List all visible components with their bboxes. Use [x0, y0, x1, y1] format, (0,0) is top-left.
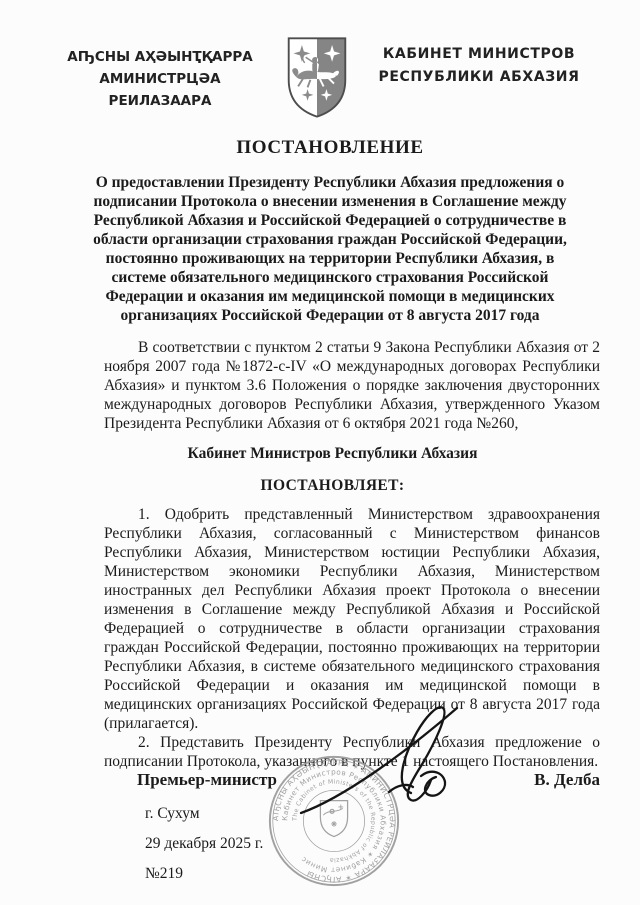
document-title: ПОСТАНОВЛЕНИЕ: [50, 137, 610, 159]
signatory-position: Премьер-министр: [137, 770, 277, 790]
document-subject: О предоставлении Президенту Республики А…: [88, 173, 572, 325]
org-name-russian: КАБИНЕТ МИНИСТРОВ РЕСПУБЛИКИ АБХАЗИЯ: [374, 38, 584, 89]
decree-document-page: АҦСНЫ АҲӘЫНҬҚАРРА АМИНИСТРЦӘА РЕИЛАЗААРА: [0, 0, 640, 905]
org-abkhaz-line1: АҦСНЫ АҲӘЫНҬҚАРРА: [60, 46, 260, 68]
city-line: г. Сухум: [145, 804, 263, 823]
org-russian-line1: КАБИНЕТ МИНИСТРОВ: [374, 43, 584, 66]
preamble-paragraph: В соответствии с пунктом 2 статьи 9 Зако…: [104, 338, 600, 433]
signature-scribble-icon: [293, 697, 465, 823]
resolution-keyword: ПОСТАНОВЛЯЕТ:: [65, 476, 600, 495]
issuer-line: Кабинет Министров Республики Абхазия: [65, 444, 600, 463]
document-letterhead: АҦСНЫ АҲӘЫНҬҚАРРА АМИНИСТРЦӘА РЕИЛАЗААРА: [0, 0, 640, 120]
document-footer: г. Сухум 29 декабря 2025 г. №219: [145, 804, 263, 894]
org-name-abkhaz: АҦСНЫ АҲӘЫНҬҚАРРА АМИНИСТРЦӘА РЕИЛАЗААРА: [60, 38, 260, 112]
org-russian-line2: РЕСПУБЛИКИ АБХАЗИЯ: [374, 66, 584, 89]
signatory-name: В. Делба: [534, 770, 600, 790]
org-abkhaz-line2: АМИНИСТРЦӘА РЕИЛАЗААРА: [60, 68, 260, 112]
date-line: 29 декабря 2025 г.: [145, 834, 263, 853]
coat-of-arms-icon: [284, 34, 350, 120]
number-line: №219: [145, 864, 263, 883]
